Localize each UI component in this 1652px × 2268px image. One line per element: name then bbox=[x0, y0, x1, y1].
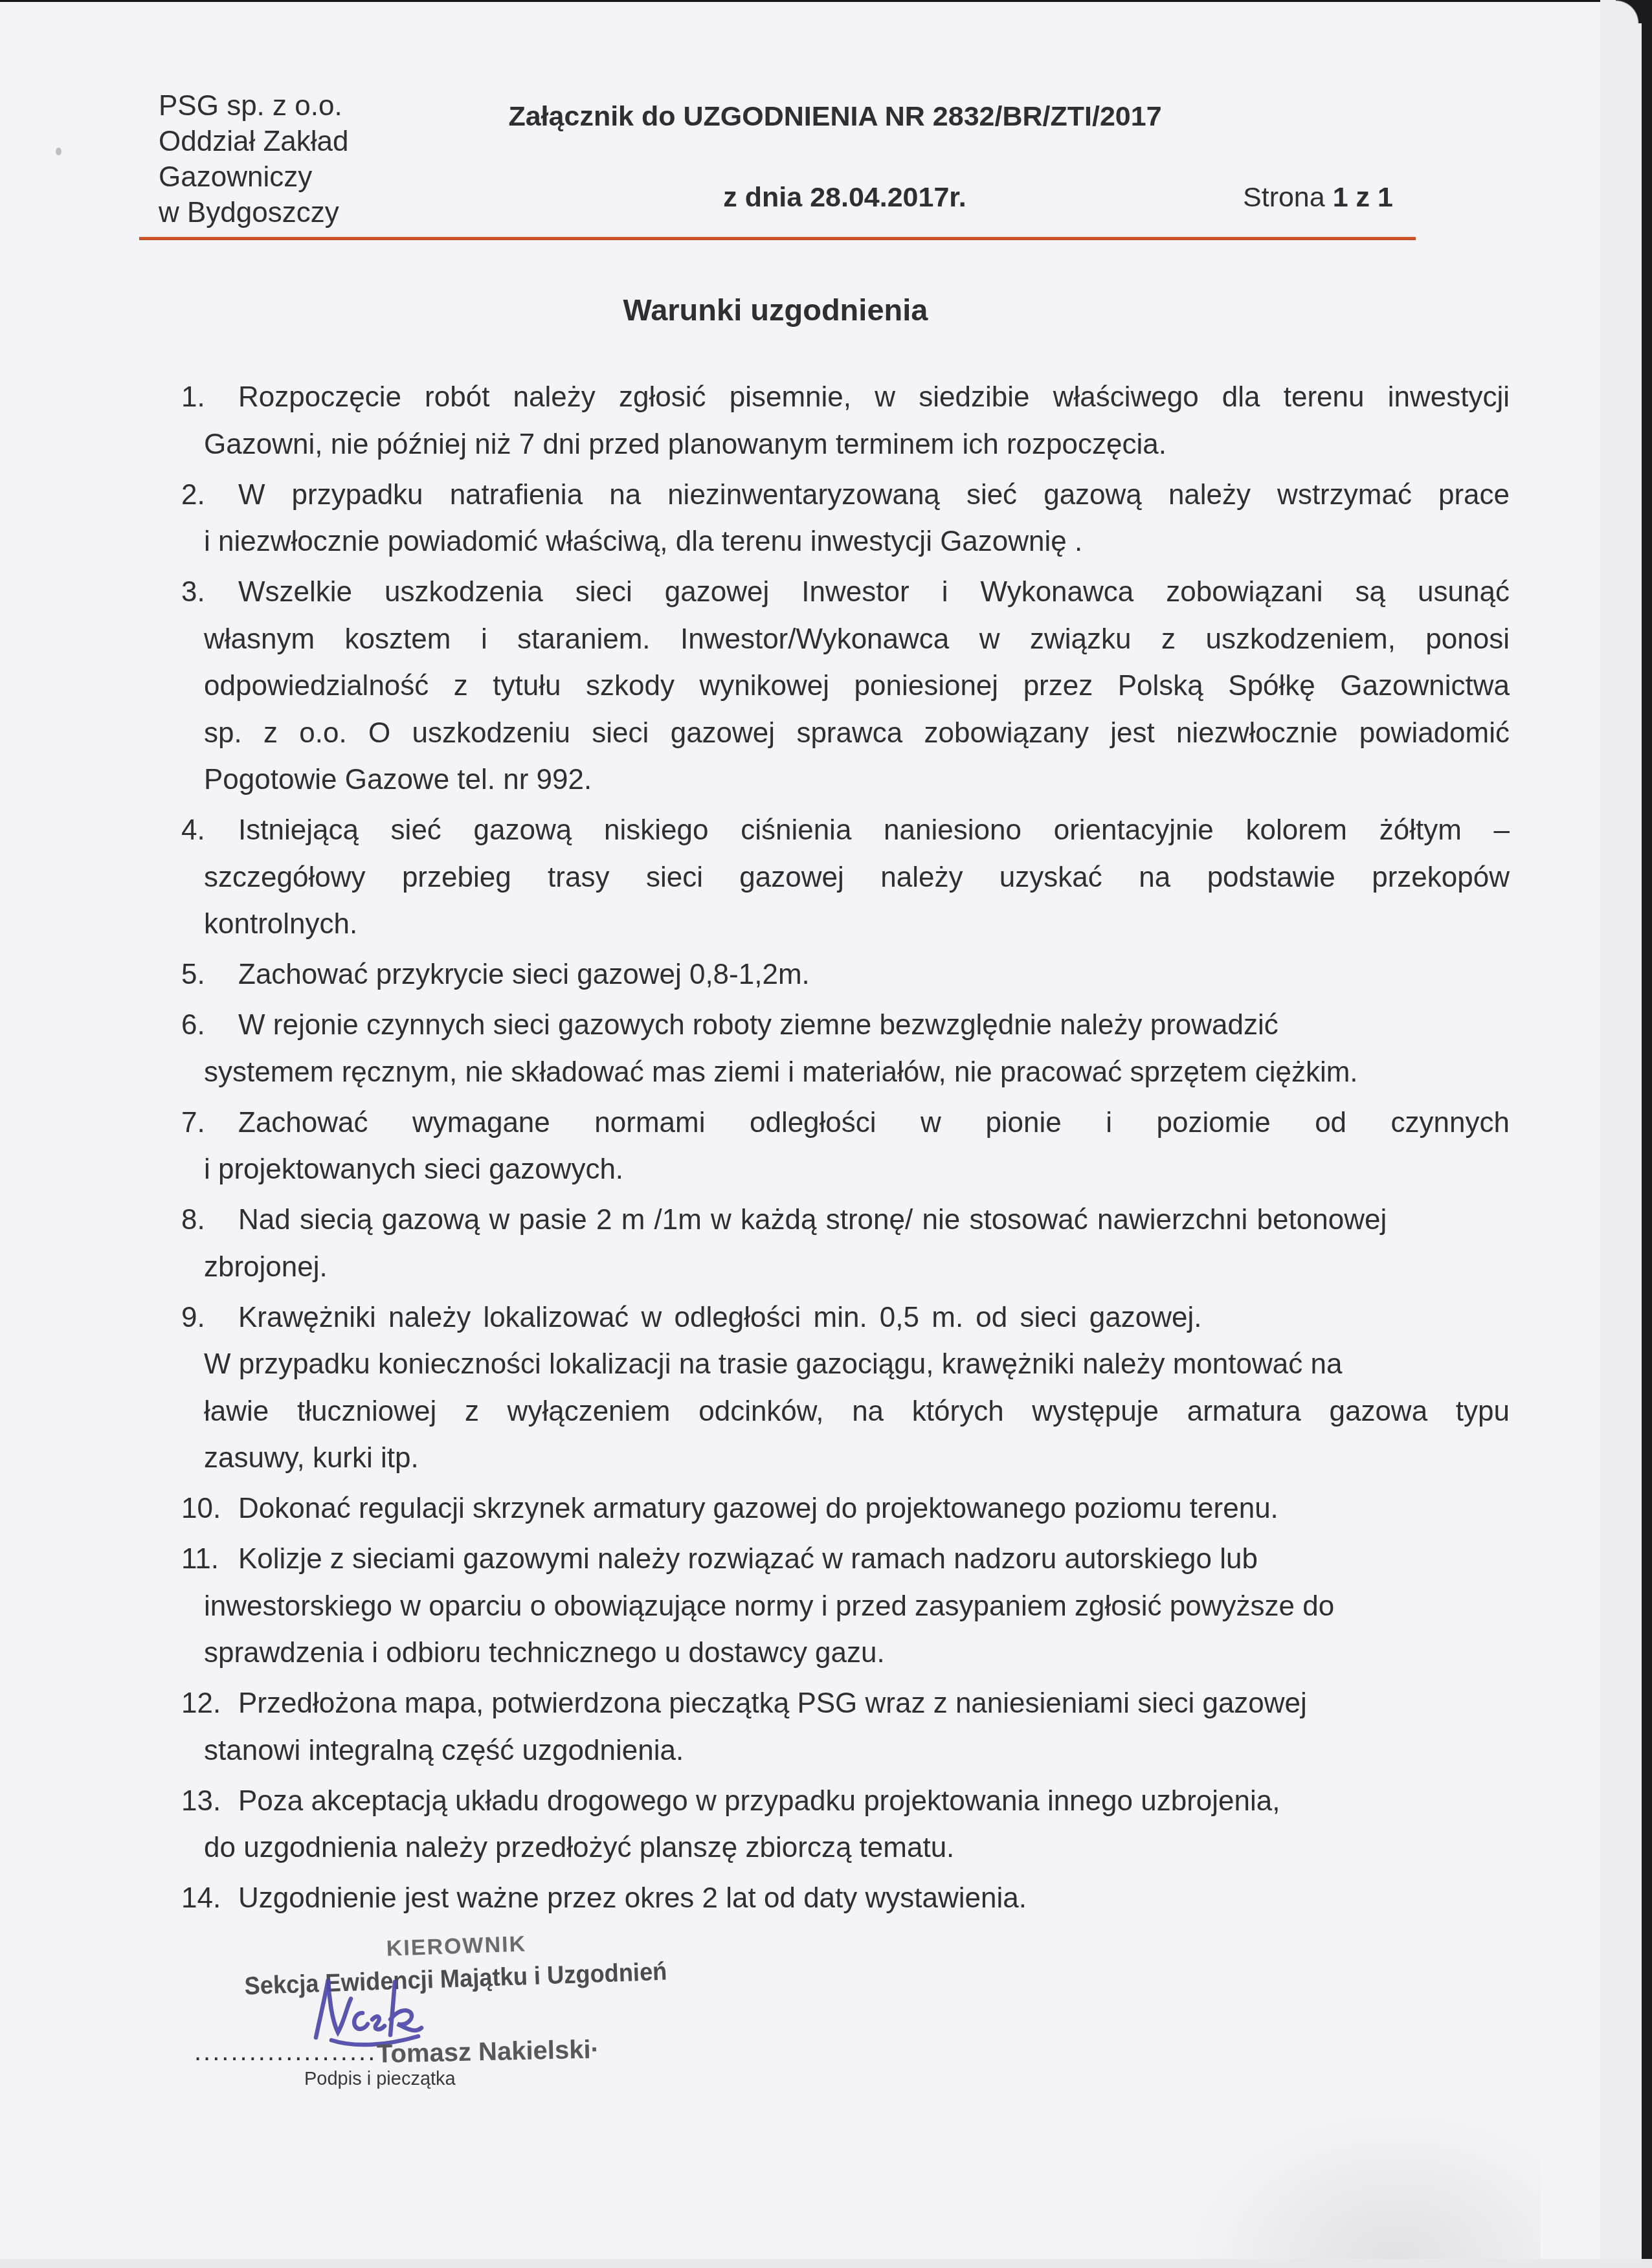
list-item-line: 14.Uzgodnienie jest ważne przez okres 2 … bbox=[204, 1882, 1510, 1915]
list-item-line: 4.Istniejącą sieć gazową niskiego ciśnie… bbox=[204, 814, 1510, 847]
list-item-line: Gazowni, nie później niż 7 dni przed pla… bbox=[204, 428, 1510, 461]
list-item-line: zasuwy, kurki itp. bbox=[204, 1441, 1510, 1475]
list-item-line: 13.Poza akceptacją układu drogowego w pr… bbox=[204, 1784, 1510, 1818]
list-item-number: 14. bbox=[147, 1882, 221, 1915]
list-item-line: 10.Dokonać regulacji skrzynek armatury g… bbox=[204, 1492, 1510, 1526]
scan-edge-top bbox=[0, 0, 1652, 2]
list-item-line: i niezwłocznie powiadomić właściwą, dla … bbox=[204, 525, 1510, 559]
list-item-line: sp. z o.o. O uszkodzeniu sieci gazowej s… bbox=[204, 717, 1510, 750]
list-item-line: 3.Wszelkie uszkodzenia sieci gazowej Inw… bbox=[204, 575, 1510, 609]
list-item-number: 9. bbox=[147, 1301, 205, 1335]
list-item-number: 11. bbox=[147, 1542, 219, 1576]
signatory-name: Tomasz Nakielski bbox=[377, 2036, 591, 2069]
page-number-value: 1 z 1 bbox=[1333, 182, 1393, 213]
list-item-number: 3. bbox=[147, 575, 205, 609]
org-line: w Bydgoszczy bbox=[159, 195, 348, 230]
list-item-line: i projektowanych sieci gazowych. bbox=[204, 1153, 1510, 1186]
list-item-line: 1.Rozpoczęcie robót należy zgłosić pisem… bbox=[204, 381, 1510, 414]
list-item-line: kontrolnych. bbox=[204, 907, 1510, 941]
list-item-line: stanowi integralną część uzgodnienia. bbox=[204, 1734, 1510, 1768]
document-date: z dnia 28.04.2017r. bbox=[723, 182, 966, 214]
scan-speck bbox=[56, 148, 61, 155]
list-item-line: 9.Krawężniki należy lokalizować w odległ… bbox=[204, 1301, 1510, 1335]
list-item-line: do uzgodnienia należy przedłożyć planszę… bbox=[204, 1831, 1510, 1865]
stamp-role-text: KIEROWNIK bbox=[386, 1931, 527, 1962]
list-item-line: własnym kosztem i staraniem. Inwestor/Wy… bbox=[204, 623, 1510, 656]
list-item-line: Pogotowie Gazowe tel. nr 992. bbox=[204, 763, 1510, 797]
list-item-line: 11.Kolizje z sieciami gazowymi należy ro… bbox=[204, 1542, 1510, 1576]
scan-shadow-bottom bbox=[1178, 2104, 1541, 2259]
list-item-number: 4. bbox=[147, 814, 205, 847]
signatory-name-stamp: Tomasz Nakielski· bbox=[377, 2035, 600, 2069]
list-item-number: 7. bbox=[147, 1106, 205, 1140]
list-item-number: 6. bbox=[147, 1008, 205, 1042]
list-item-line: 8.Nad siecią gazową w pasie 2 m /1m w ka… bbox=[204, 1203, 1510, 1237]
signature-line: ....................Tomasz Nakielski· bbox=[194, 2038, 599, 2067]
list-item-number: 8. bbox=[147, 1203, 205, 1237]
page-number: Strona 1 z 1 bbox=[1243, 182, 1393, 214]
list-item-number: 12. bbox=[147, 1687, 221, 1720]
list-item-line: 2.W przypadku natrafienia na niezinwenta… bbox=[204, 478, 1510, 512]
list-item-number: 5. bbox=[147, 958, 205, 992]
signature-dot: · bbox=[590, 2035, 599, 2063]
list-item-line: W przypadku konieczności lokalizacji na … bbox=[204, 1348, 1510, 1381]
list-item-line: odpowiedzialność z tytułu szkody wynikow… bbox=[204, 669, 1510, 703]
list-item-line: systemem ręcznym, nie składować mas ziem… bbox=[204, 1056, 1510, 1089]
list-item-number: 10. bbox=[147, 1492, 221, 1526]
dotted-line: .................... bbox=[194, 2038, 377, 2066]
list-item-line: zbrojonej. bbox=[204, 1251, 1510, 1284]
list-item-number: 1. bbox=[147, 381, 205, 414]
stamp-unit-text: Sekcja Ewidencji Majątku i Uzgodnień bbox=[244, 1958, 667, 2001]
list-item-line: 7.Zachować wymagane normami odległości w… bbox=[204, 1106, 1510, 1140]
org-address-block: PSG sp. z o.o. Oddział Zakład Gazowniczy… bbox=[159, 88, 348, 230]
list-item-line: 6.W rejonie czynnych sieci gazowych robo… bbox=[204, 1008, 1510, 1042]
list-item-line: 12.Przedłożona mapa, potwierdzona pieczą… bbox=[204, 1687, 1510, 1720]
header-divider-line bbox=[139, 237, 1416, 240]
list-item-number: 13. bbox=[147, 1784, 221, 1818]
list-item-line: inwestorskiego w oparciu o obowiązujące … bbox=[204, 1590, 1510, 1623]
scan-edge-right bbox=[1642, 0, 1652, 2268]
scan-corner-top-right bbox=[1616, 0, 1642, 23]
page-title: Warunki uzgodnienia bbox=[623, 292, 928, 328]
org-line: PSG sp. z o.o. bbox=[159, 88, 348, 124]
list-item-number: 2. bbox=[147, 478, 205, 512]
paper-edge-crease bbox=[1600, 0, 1642, 2268]
scan-edge-bottom bbox=[0, 2259, 1652, 2268]
org-line: Oddział Zakład bbox=[159, 124, 348, 159]
list-item-line: szczegółowy przebieg trasy sieci gazowej… bbox=[204, 861, 1510, 895]
list-item-line: sprawdzenia i odbioru technicznego u dos… bbox=[204, 1636, 1510, 1670]
attachment-title: Załącznik do UZGODNIENIA NR 2832/BR/ZTI/… bbox=[508, 101, 1161, 133]
signature-caption: Podpis i pieczątka bbox=[304, 2069, 456, 2090]
scanned-document-page: PSG sp. z o.o. Oddział Zakład Gazowniczy… bbox=[0, 0, 1652, 2268]
org-line: Gazowniczy bbox=[159, 159, 348, 195]
page-number-prefix: Strona bbox=[1243, 182, 1333, 213]
list-item-line: ławie tłuczniowej z wyłączeniem odcinków… bbox=[204, 1395, 1510, 1429]
list-item-line: 5.Zachować przykrycie sieci gazowej 0,8-… bbox=[204, 958, 1510, 992]
